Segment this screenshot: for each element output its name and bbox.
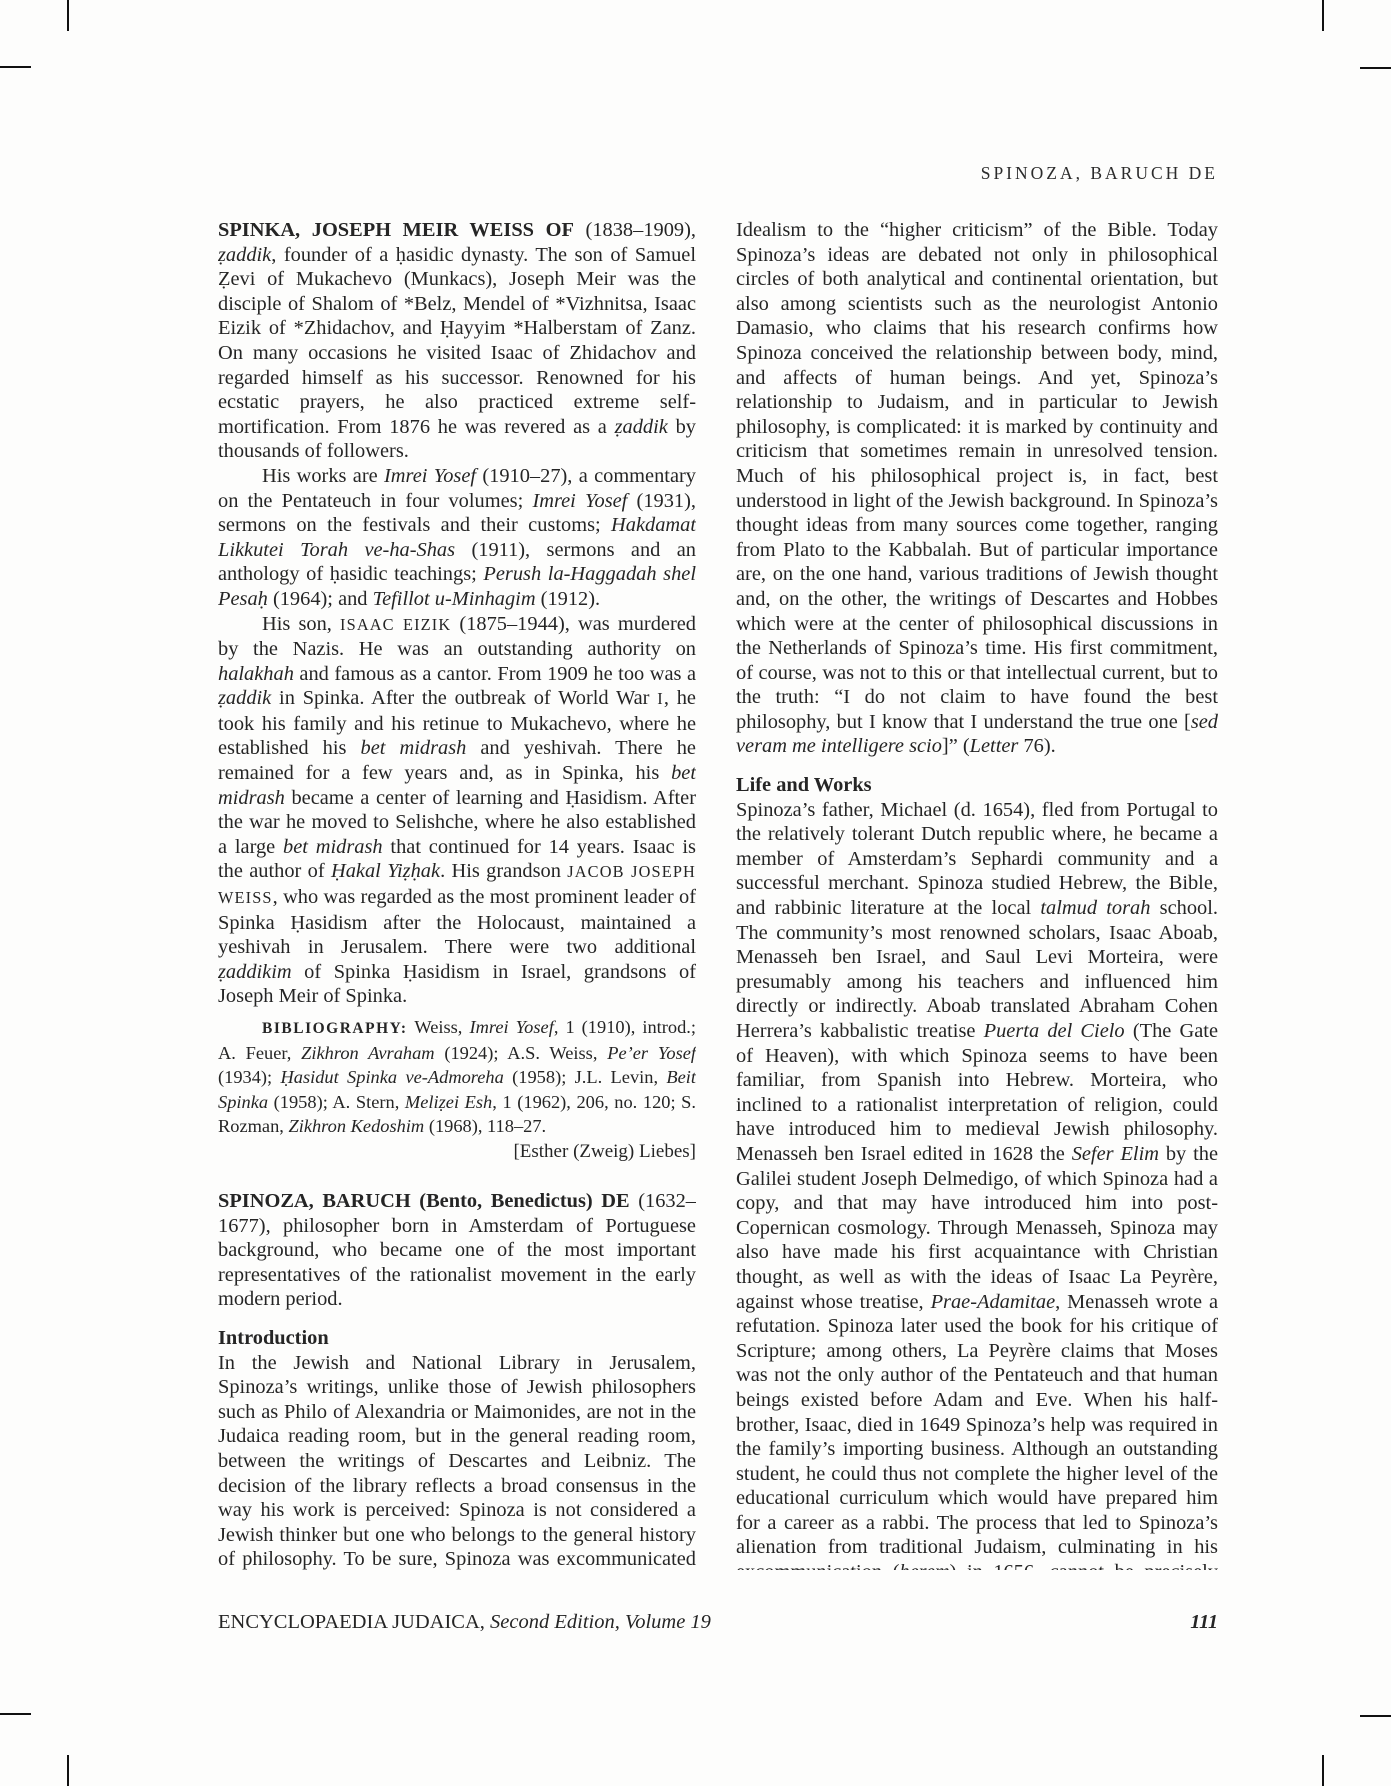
text-segment: Idealism to the “higher criticism” of th… (736, 219, 1218, 733)
text-segment: and famous as a cantor. From 1909 he too… (294, 663, 696, 685)
entry-spinka-paragraph: SPINKA, JOSEPH MEIR WEISS OF (1838–1909)… (218, 218, 696, 464)
text-segment: ẓaddikim (218, 961, 292, 983)
text-segment: , founder of a ḥasidic dynasty. The son … (218, 244, 696, 438)
footer-imprint: ENCYCLOPAEDIA JUDAICA, Second Edition, V… (218, 1611, 711, 1633)
encyclopedia-page: SPINOZA, BARUCH DE SPINKA, JOSEPH MEIR W… (0, 0, 1391, 1786)
text-segment: (1924); A.S. Weiss, (435, 1043, 608, 1063)
page-footer: ENCYCLOPAEDIA JUDAICA, Second Edition, V… (218, 1610, 1218, 1635)
text-segment: (1958); A. Stern, (268, 1092, 405, 1112)
text-segment: . His grandson (440, 860, 567, 882)
text-segment: Puerta del Cielo (984, 1020, 1125, 1042)
crop-mark-top-right-vertical (1322, 0, 1324, 31)
crop-mark-bottom-right-horizontal (1360, 1715, 1391, 1717)
text-segment: Ḥasidut Spinka ve-Admoreha (280, 1067, 503, 1087)
page-number: 111 (1190, 1610, 1218, 1635)
idealism-continuation-paragraph: Idealism to the “higher criticism” of th… (736, 218, 1218, 759)
text-segment: Zikhron Avraham (301, 1043, 434, 1063)
text-segment: SPINKA, JOSEPH MEIR WEISS OF (218, 219, 574, 241)
spinka-son-paragraph: His son, ISAAC EIZIK (1875–1944), was mu… (218, 612, 696, 1010)
text-segment: ENCYCLOPAEDIA JUDAICA (218, 1611, 480, 1633)
text-segment: Zikhron Kedoshim (288, 1116, 424, 1136)
text-segment: Pe’er Yosef (607, 1043, 696, 1063)
text-segment: 76). (1018, 735, 1055, 757)
text-segment: , who was regarded as the most prominent… (218, 886, 696, 958)
text-segment: ẓaddik (218, 687, 271, 709)
text-segment: (1958); J.L. Levin, (504, 1067, 667, 1087)
text-segment: I (657, 689, 664, 708)
text-segment: SPINOZA, BARUCH (Bento, Benedictus) DE (218, 1190, 630, 1212)
text-segment: Meliẓei Esh (405, 1092, 492, 1112)
text-segment: (1968), 118–27. (424, 1116, 546, 1136)
introduction-paragraph: In the Jewish and National Library in Je… (218, 1351, 696, 1570)
crop-mark-bottom-left-vertical (67, 1755, 69, 1786)
text-segment: BIBLIOGRAPHY: (262, 1020, 408, 1037)
text-segment: , (480, 1611, 490, 1633)
text-segment: ẓaddik (615, 416, 668, 438)
left-column: SPINKA, JOSEPH MEIR WEISS OF (1838–1909)… (218, 218, 696, 1570)
right-column: Idealism to the “higher criticism” of th… (736, 218, 1218, 1570)
text-segment: Tefillot u-Minhagim (373, 588, 536, 610)
text-segment: His works are (262, 465, 384, 487)
text-segment: , Menasseh wrote a refutation. Spinoza l… (736, 1291, 1218, 1570)
text-segment: Weiss, (408, 1017, 470, 1037)
crop-mark-top-right-horizontal (1360, 67, 1391, 69)
text-segment: Second Edition, Volume 19 (490, 1611, 711, 1633)
text-segment: in Spinka. After the outbreak of World W… (271, 687, 657, 709)
spinka-works-paragraph: His works are Imrei Yosef (1910–27), a c… (218, 464, 696, 612)
text-segment: Imrei Yosef (469, 1017, 553, 1037)
text-segment: Imrei Yosef (384, 465, 476, 487)
text-segment: ISAAC EIZIK (340, 615, 451, 634)
running-head: SPINOZA, BARUCH DE (736, 163, 1218, 184)
text-segment: ẓaddik (218, 244, 271, 266)
text-segment: bet midrash (361, 737, 467, 759)
text-segment: ḥerem (899, 1561, 949, 1570)
text-segment: Imrei Yosef (532, 490, 627, 512)
text-segment: (1934); (218, 1067, 280, 1087)
entry-spinoza-paragraph: SPINOZA, BARUCH (Bento, Benedictus) DE (… (218, 1189, 696, 1312)
life-and-works-paragraph: Spinoza’s father, Michael (d. 1654), fle… (736, 798, 1218, 1570)
text-segment: (1964); and (268, 588, 373, 610)
text-segment: halakhah (218, 663, 294, 685)
text-segment: by the Galilei student Joseph Delmedigo,… (736, 1143, 1218, 1313)
text-segment: (1838–1909), (574, 219, 696, 241)
text-segment: Ḥakal Yiẓḥak (331, 860, 440, 882)
text-segment: bet midrash (283, 836, 383, 858)
crop-mark-top-left-vertical (67, 0, 69, 31)
text-segment: ]” ( (942, 735, 970, 757)
crop-mark-bottom-left-horizontal (0, 1713, 31, 1715)
text-segment: talmud torah (1040, 897, 1150, 919)
crop-mark-top-left-horizontal (0, 66, 31, 68)
text-segment: (1912). (536, 588, 601, 610)
life-and-works-heading: Life and Works (736, 773, 1218, 798)
bibliography-paragraph: BIBLIOGRAPHY: Weiss, Imrei Yosef, 1 (191… (218, 1015, 696, 1138)
text-segment: Sefer Elim (1072, 1143, 1159, 1165)
text-segment: His son, (262, 613, 340, 635)
text-segment: Prae-Adamitae (931, 1291, 1056, 1313)
crop-mark-bottom-right-vertical (1322, 1755, 1324, 1786)
text-segment: Letter (970, 735, 1019, 757)
introduction-heading: Introduction (218, 1326, 696, 1351)
author-signature: [Esther (Zweig) Liebes] (218, 1140, 696, 1163)
text-segment: In the Jewish and National Library in Je… (218, 1352, 696, 1570)
